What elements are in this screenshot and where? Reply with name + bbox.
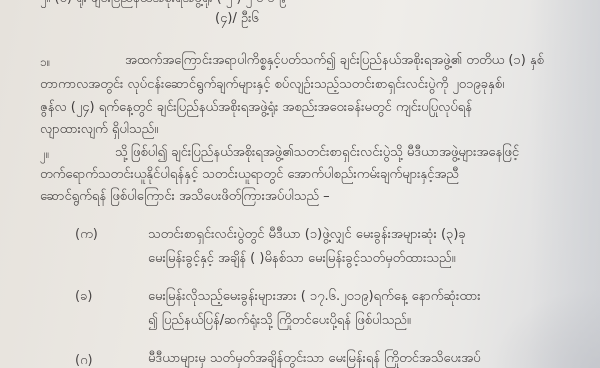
paragraph-number-1: ၁။ <box>40 54 50 72</box>
reference-number: (၄)/ ဦး၆ <box>215 10 259 28</box>
paragraph-number-2: ၂။ <box>40 146 50 164</box>
paragraph-1-line-3: ဇွန်လ (၂၄) ရက်နေ့တွင် ချင်းပြည်နယ်အစိုးရ… <box>40 99 472 117</box>
item-label-ka: (က) <box>75 226 98 245</box>
paragraph-2-line-2: တက်ရောက်သတင်းယူနိုင်ပါရန်နှင့် သတင်းယူရာ… <box>40 166 459 184</box>
header-cut-line: ၂။ (၆) ရုံး ချင်းပြည်နယ်အစိုးရအဖွဲ့ရုံး … <box>40 0 286 8</box>
item-kha-line-1: မေးမြန်းလိုသည့်မေးခွန်းများအား ( ၁၇.၆.၂၀… <box>148 288 481 306</box>
paragraph-1-line-1: အထက်အကြောင်းအရာပါကိစ္စနှင့်ပတ်သက်၍ ချင်း… <box>125 52 544 70</box>
paragraph-1-line-4: လျာထားလျက် ရှိပါသည်။ <box>40 121 158 139</box>
paragraph-2-line-1: သို့ဖြစ်ပါ၍ ချင်းပြည်နယ်အစိုးရအဖွဲ့၏သတင်… <box>115 144 519 162</box>
item-ga-line-1: မီဒီယာများမှ သတ်မှတ်အချိန်တွင်းသာ မေးမြန… <box>148 350 481 368</box>
paragraph-2-line-3: ဆောင်ရွက်ရန် ဖြစ်ပါကြောင်း အသိပေးဖိတ်ကြာ… <box>40 188 330 206</box>
item-label-kha: (ခ) <box>75 288 92 307</box>
item-ka-line-2: မေးမြန်းခွင့်နှင့် အချိန် ( )မိနစ်သာ မေး… <box>148 250 456 268</box>
item-label-ga: (ဂ) <box>75 352 93 368</box>
item-kha-line-2: ၍ ပြည်နယ်ပြန်/ဆက်ရုံးသို့ ကြိုတင်ပေးပို့… <box>148 312 411 330</box>
document-page: ၂။ (၆) ရုံး ချင်းပြည်နယ်အစိုးရအဖွဲ့ရုံး … <box>0 0 600 368</box>
item-ka-line-1: သတင်းစာရှင်းလင်းပွဲတွင် မီဒီယာ (၁)ဖွဲ့လျ… <box>148 226 466 244</box>
paragraph-1-line-2: တာကာလအတွင်း လုပ်ငန်းဆောင်ရွက်ချက်များနှင… <box>40 76 504 94</box>
